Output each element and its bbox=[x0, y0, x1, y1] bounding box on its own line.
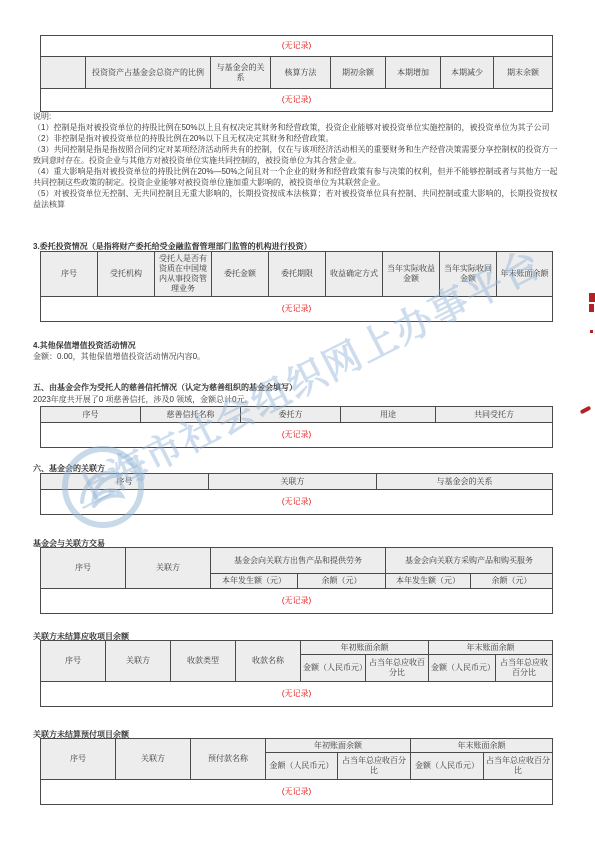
table-related-parties: 序号 关联方 与基金会的关系 (无记录) bbox=[40, 473, 553, 515]
header-cell: 金额（人民币元） bbox=[411, 753, 484, 780]
header-cell: 序号 bbox=[41, 474, 209, 490]
header-cell: 期末余额 bbox=[494, 57, 553, 89]
note-item-3: （3）共同控制是指是指按照合同约定对某项经济活动所共有的控制，仅在与该项经济活动… bbox=[33, 144, 563, 166]
table-entrusted-investment: 序号 受托机构 受托人是否有资质在中国境内从事投资管理业务 委托金额 委托期限 … bbox=[40, 251, 553, 322]
header-group-sell: 基金会向关联方出售产品和提供劳务 bbox=[211, 548, 386, 574]
header-cell: 关联方 bbox=[106, 641, 171, 682]
header-cell: 预付款名称 bbox=[191, 739, 266, 780]
header-cell: 收款类型 bbox=[171, 641, 236, 682]
report-page: (无记录) 投资资产占基金会总资产的比例 与基金会的关系 核算方法 期初余额 本… bbox=[0, 0, 595, 842]
table-investment-continued: (无记录) 投资资产占基金会总资产的比例 与基金会的关系 核算方法 期初余额 本… bbox=[40, 35, 553, 112]
header-cell: 收款名称 bbox=[236, 641, 301, 682]
header-cell: 占当年总应收百分比 bbox=[366, 655, 429, 682]
edge-red-mark bbox=[580, 406, 592, 415]
section5-title: 五、由基金会作为受托人的慈善信托情况（认定为慈善组织的基金会填写） bbox=[33, 382, 297, 393]
header-cell: 本年发生额（元） bbox=[386, 574, 471, 589]
no-record-cell: (无记录) bbox=[41, 423, 553, 448]
header-cell: 占当年总应收百分比 bbox=[496, 655, 553, 682]
header-cell: 序号 bbox=[41, 252, 98, 297]
header-cell: 序号 bbox=[41, 641, 106, 682]
header-cell-blank bbox=[41, 57, 86, 89]
edge-red-mark bbox=[589, 293, 595, 302]
header-cell: 委托方 bbox=[241, 407, 341, 423]
header-cell: 关联方 bbox=[116, 739, 191, 780]
header-cell: 年末账面余额 bbox=[497, 252, 553, 297]
header-cell: 本年发生额（元） bbox=[211, 574, 298, 589]
notes-block: 说明: （1）控制是指对被投资单位的持股比例在50%以上且有权决定其财务和经营政… bbox=[33, 111, 563, 210]
header-cell: 当年实际收益金额 bbox=[383, 252, 440, 297]
header-cell: 投资资产占基金会总资产的比例 bbox=[86, 57, 211, 89]
no-record-cell: (无记录) bbox=[41, 490, 553, 515]
header-cell: 占当年总应收百分比 bbox=[484, 753, 553, 780]
header-cell: 受托机构 bbox=[98, 252, 155, 297]
header-cell: 关联方 bbox=[126, 548, 211, 589]
header-cell: 委托金额 bbox=[212, 252, 269, 297]
note-item-4: （4）重大影响是指对被投资单位的持股比例在20%—50%之间且对一个企业的财务和… bbox=[33, 166, 563, 188]
no-record-cell: (无记录) bbox=[41, 297, 553, 322]
header-cell: 余额（元） bbox=[298, 574, 386, 589]
header-cell: 共同受托方 bbox=[436, 407, 553, 423]
header-cell: 占当年总应收百分比 bbox=[338, 753, 411, 780]
header-group-purchase: 基金会向关联方采购产品和购买服务 bbox=[386, 548, 553, 574]
table-unsettled-prepayments: 序号 关联方 预付款名称 年初账面余额 年末账面余额 金额（人民币元） 占当年总… bbox=[40, 738, 553, 805]
header-cell: 序号 bbox=[41, 739, 116, 780]
header-cell: 金额（人民币元） bbox=[429, 655, 496, 682]
section4-amount-line: 金额：0.00，其他保值增值投资活动情况内容0。 bbox=[33, 351, 563, 362]
header-cell: 金额（人民币元） bbox=[301, 655, 366, 682]
header-cell: 余额（元） bbox=[471, 574, 553, 589]
table-charitable-trust: 序号 慈善信托名称 委托方 用途 共同受托方 (无记录) bbox=[40, 406, 553, 448]
header-cell: 金额（人民币元） bbox=[266, 753, 338, 780]
header-cell: 委托期限 bbox=[269, 252, 326, 297]
header-cell: 用途 bbox=[341, 407, 436, 423]
header-cell: 核算方法 bbox=[271, 57, 331, 89]
table-unsettled-receivables: 序号 关联方 收款类型 收款名称 年初账面余额 年末账面余额 金额（人民币元） … bbox=[40, 640, 553, 707]
header-cell: 本期减少 bbox=[441, 57, 494, 89]
header-group-opening: 年初账面余额 bbox=[301, 641, 429, 655]
no-record-cell: (无记录) bbox=[41, 89, 553, 112]
section4-title: 4.其他保值增值投资活动情况 bbox=[33, 340, 136, 351]
header-group-closing: 年末账面余额 bbox=[429, 641, 553, 655]
no-record-cell: (无记录) bbox=[41, 780, 553, 805]
edge-red-mark bbox=[589, 304, 594, 312]
note-item-2: （2）非控制是指对被投资单位的持股比例在20%以下且无权决定其财务和经营政策。 bbox=[33, 133, 563, 144]
header-group-closing: 年末账面余额 bbox=[411, 739, 553, 753]
notes-title: 说明: bbox=[33, 111, 563, 122]
header-cell: 当年实际收回金额 bbox=[440, 252, 497, 297]
header-cell: 期初余额 bbox=[331, 57, 386, 89]
edge-red-mark bbox=[590, 330, 593, 333]
header-cell: 与基金会的关系 bbox=[211, 57, 271, 89]
header-cell: 序号 bbox=[41, 407, 141, 423]
header-cell: 收益确定方式 bbox=[326, 252, 383, 297]
header-cell: 受托人是否有资质在中国境内从事投资管理业务 bbox=[155, 252, 212, 297]
header-cell: 本期增加 bbox=[386, 57, 441, 89]
header-cell: 慈善信托名称 bbox=[141, 407, 241, 423]
header-cell: 序号 bbox=[41, 548, 126, 589]
no-record-cell: (无记录) bbox=[41, 36, 553, 57]
table-related-party-transactions: 序号 关联方 基金会向关联方出售产品和提供劳务 基金会向关联方采购产品和购买服务… bbox=[40, 547, 553, 614]
no-record-cell: (无记录) bbox=[41, 589, 553, 614]
header-cell: 与基金会的关系 bbox=[377, 474, 553, 490]
no-record-cell: (无记录) bbox=[41, 682, 553, 707]
section5-summary: 2023年度共开展了0 项慈善信托，涉及0 领域，金额总计0元。 bbox=[33, 394, 563, 405]
note-item-1: （1）控制是指对被投资单位的持股比例在50%以上且有权决定其财务和经营政策，投资… bbox=[33, 122, 563, 133]
header-group-opening: 年初账面余额 bbox=[266, 739, 411, 753]
header-cell: 关联方 bbox=[209, 474, 377, 490]
note-item-5: （5）对被投资单位无控制、无共同控制且无重大影响的，长期投资按成本法核算；若对被… bbox=[33, 188, 563, 210]
